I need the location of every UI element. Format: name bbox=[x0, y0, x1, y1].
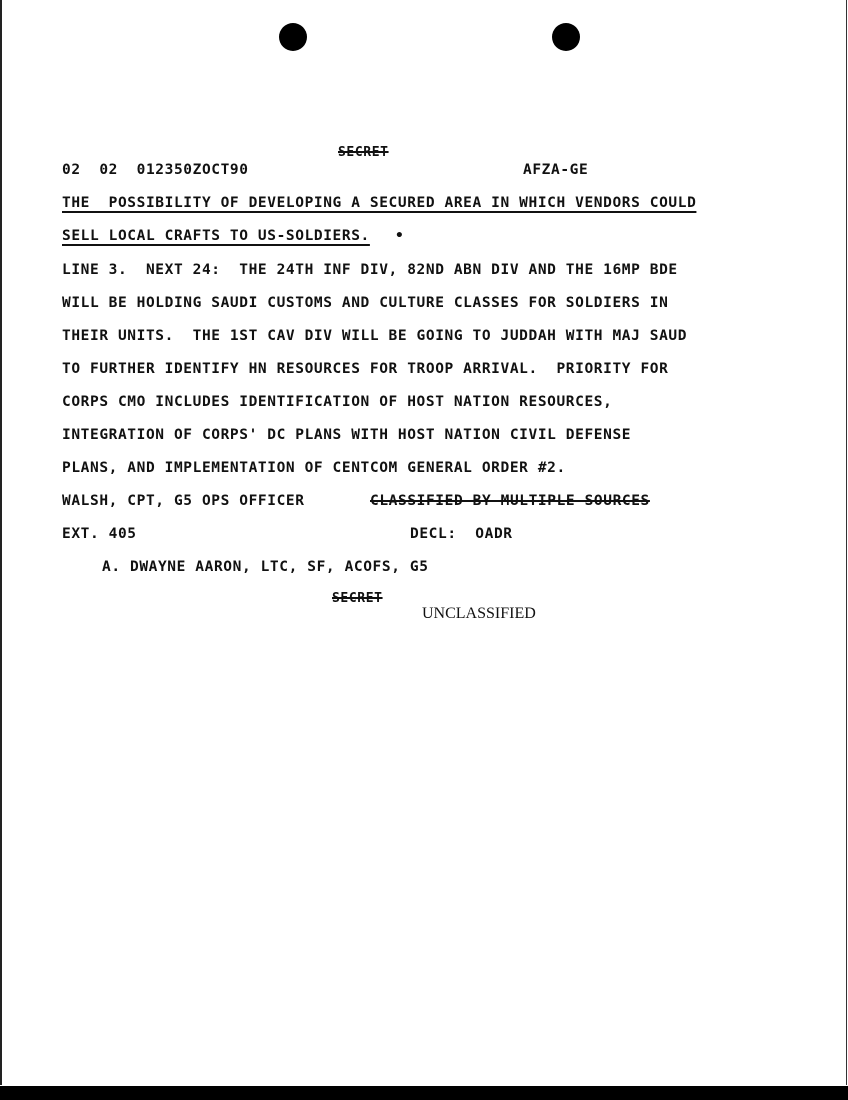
body-line: TO FURTHER IDENTIFY HN RESOURCES FOR TRO… bbox=[62, 361, 668, 377]
office-symbol: AFZA-GE bbox=[523, 162, 588, 178]
punch-hole-left bbox=[279, 23, 307, 51]
classification-marking-top: SECRET bbox=[338, 145, 389, 160]
page-edge-right bbox=[846, 0, 847, 1085]
classified-by: CLASSIFIED BY MULTIPLE SOURCES bbox=[370, 493, 650, 509]
unclassified-stamp: UNCLASSIFIED bbox=[422, 605, 536, 623]
originator: WALSH, CPT, G5 OPS OFFICER bbox=[62, 493, 305, 509]
body-line: THE POSSIBILITY OF DEVELOPING A SECURED … bbox=[62, 195, 696, 211]
message-id: 02 02 012350ZOCT90 bbox=[62, 162, 249, 178]
body-line: THEIR UNITS. THE 1ST CAV DIV WILL BE GOI… bbox=[62, 328, 687, 344]
punch-hole-right bbox=[552, 23, 580, 51]
extension: EXT. 405 bbox=[62, 526, 137, 542]
declassify-instruction: DECL: OADR bbox=[410, 526, 513, 542]
bullet-mark: • bbox=[395, 228, 404, 244]
body-line: PLANS, AND IMPLEMENTATION OF CENTCOM GEN… bbox=[62, 460, 566, 476]
scan-border-bottom bbox=[0, 1086, 848, 1100]
body-line: LINE 3. NEXT 24: THE 24TH INF DIV, 82ND … bbox=[62, 262, 678, 278]
classification-marking-bottom: SECRET bbox=[332, 591, 383, 606]
body-line: CORPS CMO INCLUDES IDENTIFICATION OF HOS… bbox=[62, 394, 612, 410]
body-line: INTEGRATION OF CORPS' DC PLANS WITH HOST… bbox=[62, 427, 631, 443]
approver: A. DWAYNE AARON, LTC, SF, ACOFS, G5 bbox=[102, 559, 429, 575]
body-line: WILL BE HOLDING SAUDI CUSTOMS AND CULTUR… bbox=[62, 295, 668, 311]
page-edge-left bbox=[0, 0, 2, 1085]
body-line: SELL LOCAL CRAFTS TO US-SOLDIERS. bbox=[62, 228, 370, 244]
